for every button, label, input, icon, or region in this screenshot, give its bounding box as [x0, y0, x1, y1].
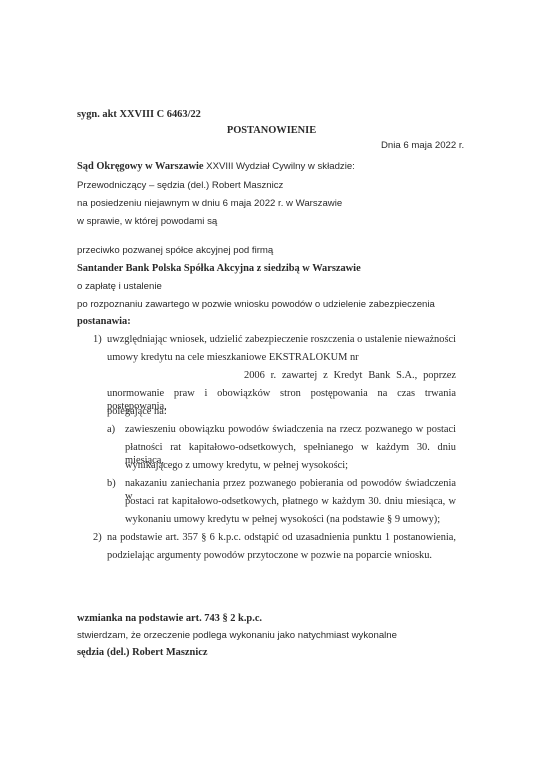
item-1-marker: 1): [93, 333, 102, 346]
subitem-b-line-2: postaci rat kapitałowo-odsetkowych, płat…: [125, 495, 456, 508]
decides-label: postanawia:: [77, 315, 131, 328]
document-title: POSTANOWIENIE: [0, 124, 543, 137]
subitem-a-line-3: wynikającego z umowy kredytu, w pełnej w…: [125, 459, 348, 472]
subitem-b-line-3: wykonaniu umowy kredytu w pełnej wysokoś…: [125, 513, 440, 526]
subitem-a-marker: a): [107, 423, 115, 436]
defendant-name: Santander Bank Polska Spółka Akcyjna z s…: [77, 262, 361, 275]
matter-intro: w sprawie, w której powodami są: [77, 215, 217, 228]
document-date: Dnia 6 maja 2022 r.: [381, 139, 464, 152]
item-1-line-2: umowy kredytu na cele mieszkaniowe EKSTR…: [107, 351, 359, 364]
court-division: XXVIII Wydział Cywilny w składzie:: [204, 161, 355, 172]
document-page: sygn. akt XXVIII C 6463/22 POSTANOWIENIE…: [0, 0, 543, 768]
after-review-line: po rozpoznaniu zawartego w pozwie wniosk…: [77, 298, 435, 311]
court-line: Sąd Okręgowy w Warszawie XXVIII Wydział …: [77, 160, 355, 173]
subitem-a-line-1: zawieszeniu obowiązku powodów świadczeni…: [125, 423, 456, 436]
item-2-line-1: na podstawie art. 357 § 6 k.p.c. odstąpi…: [107, 531, 456, 544]
presiding-judge: Przewodniczący – sędzia (del.) Robert Ma…: [77, 179, 283, 192]
annotation-signature: sędzia (del.) Robert Masznicz: [77, 646, 207, 659]
item-1-line-3: 2006 r. zawartej z Kredyt Bank S.A., pop…: [244, 369, 456, 382]
item-1-line-5: polegające na:: [107, 405, 167, 418]
against-line: przeciwko pozwanej spółce akcyjnej pod f…: [77, 244, 273, 257]
subject-line: o zapłatę i ustalenie: [77, 280, 162, 293]
court-name: Sąd Okręgowy w Warszawie: [77, 161, 204, 172]
item-2-marker: 2): [93, 531, 102, 544]
subitem-b-marker: b): [107, 477, 116, 490]
case-number: sygn. akt XXVIII C 6463/22: [77, 108, 201, 121]
annotation-heading: wzmianka na podstawie art. 743 § 2 k.p.c…: [77, 612, 262, 625]
item-2-line-2: podzielając argumenty powodów przytoczon…: [107, 549, 432, 562]
item-1-line-1: uwzględniając wniosek, udzielić zabezpie…: [107, 333, 456, 346]
session-info: na posiedzeniu niejawnym w dniu 6 maja 2…: [77, 197, 342, 210]
annotation-statement: stwierdzam, że orzeczenie podlega wykona…: [77, 629, 397, 642]
